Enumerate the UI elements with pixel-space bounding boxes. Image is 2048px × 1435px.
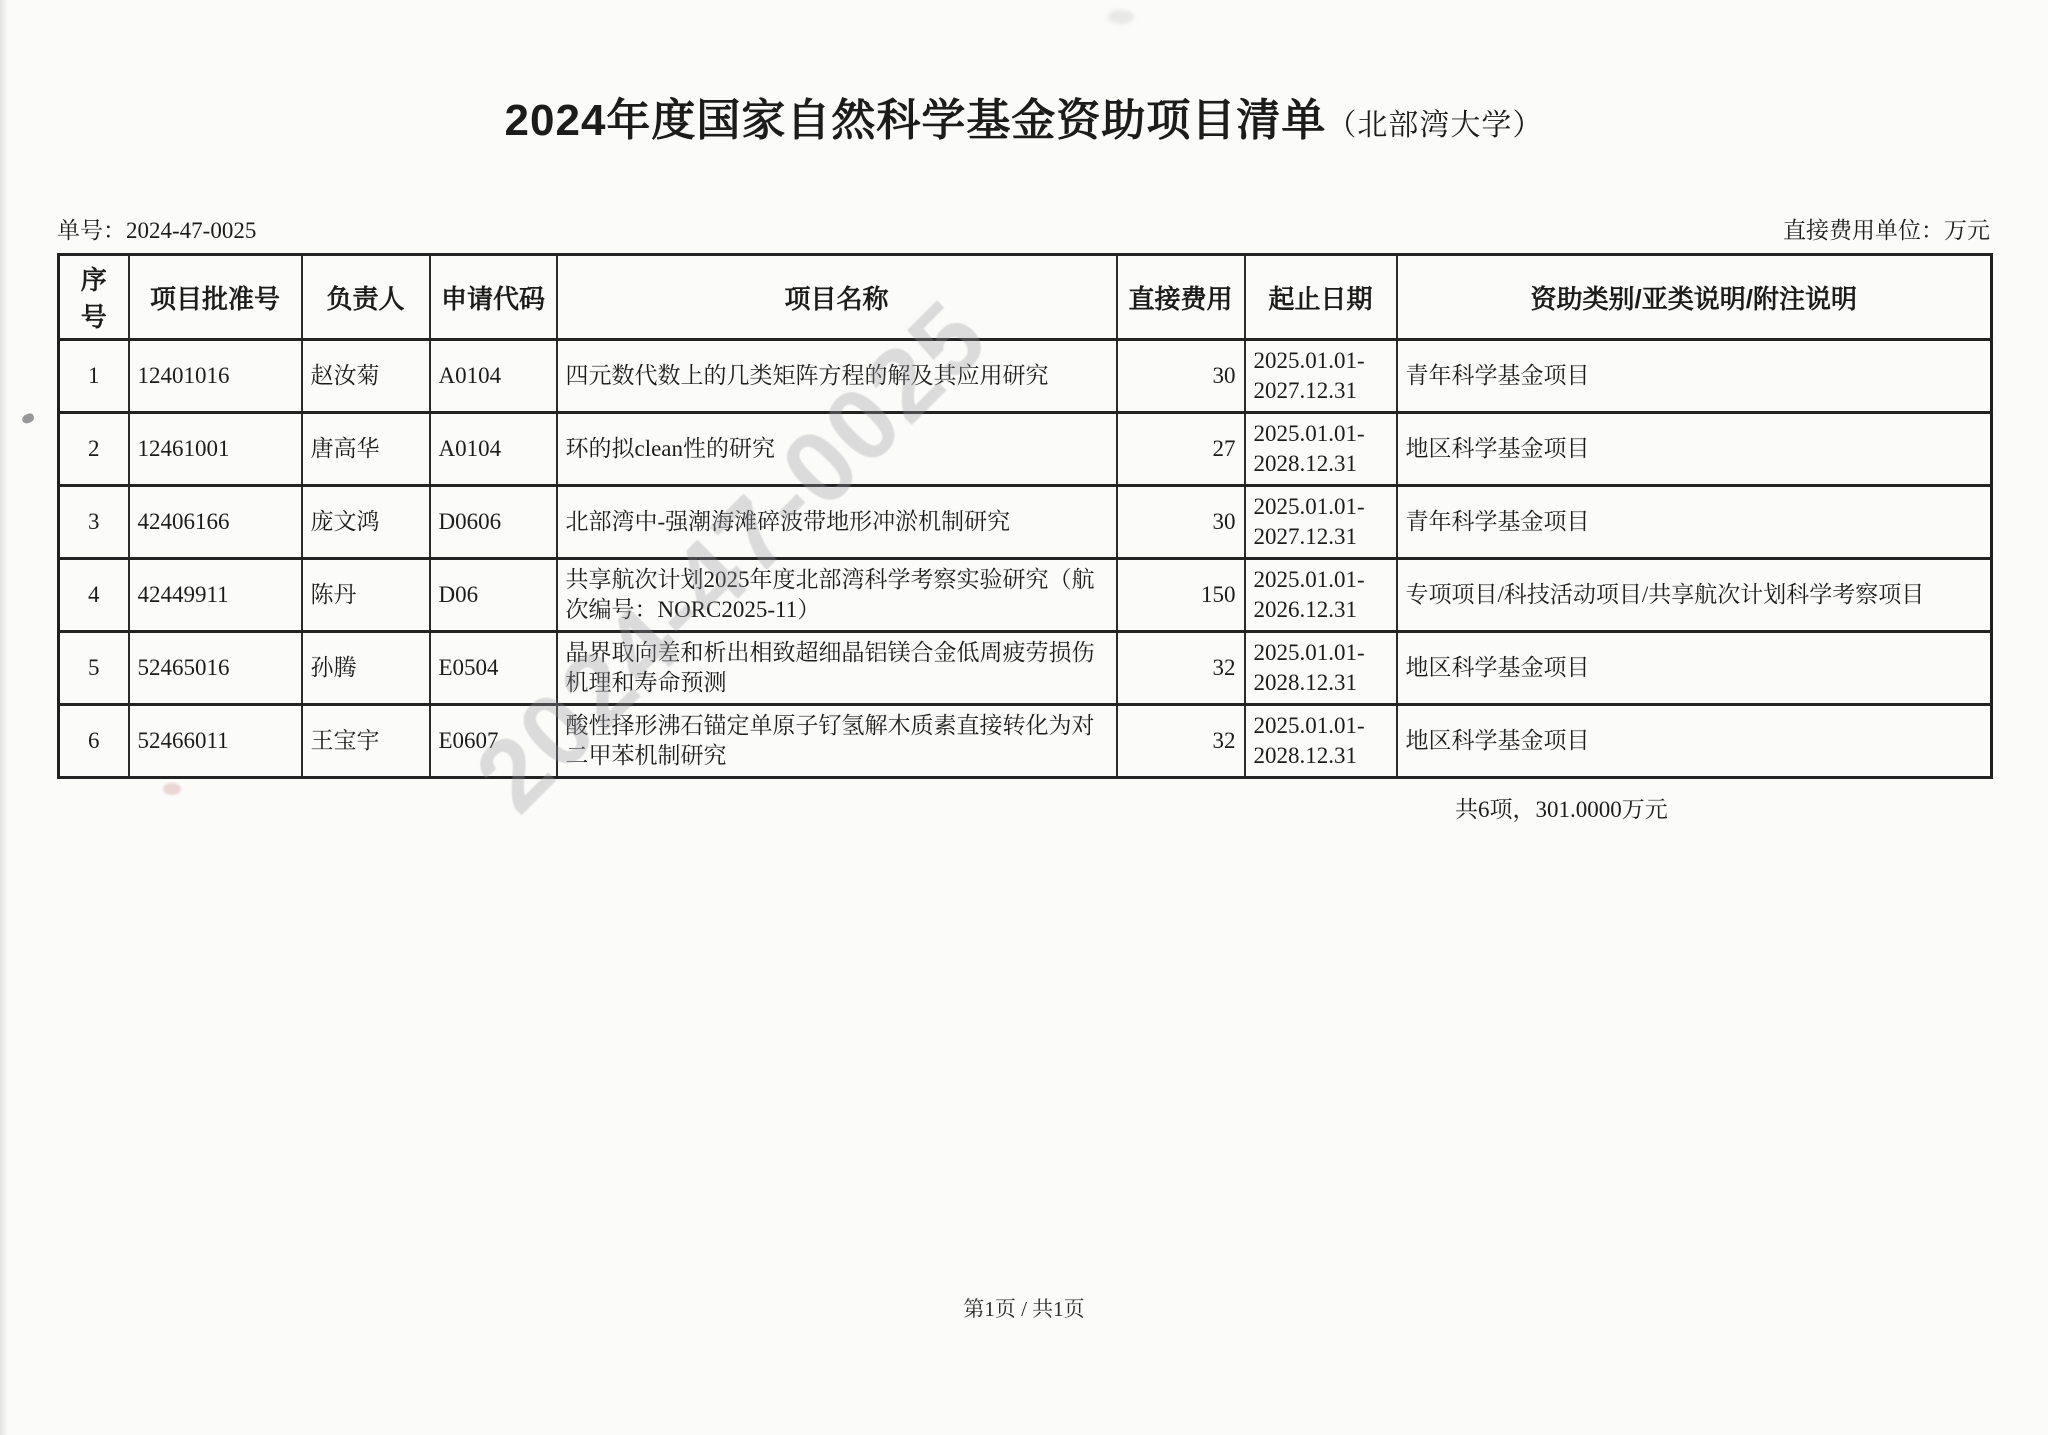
cell-category: 地区科学基金项目 <box>1397 632 1992 705</box>
page-title-suffix: （北部湾大学） <box>1326 109 1543 142</box>
cell-index: 6 <box>59 705 129 778</box>
cell-direct-fee: 32 <box>1117 632 1245 705</box>
projects-table: 序号 项目批准号 负责人 申请代码 项目名称 直接费用 起止日期 资助类别/亚类… <box>57 253 1993 779</box>
table-header-row: 序号 项目批准号 负责人 申请代码 项目名称 直接费用 起止日期 资助类别/亚类… <box>59 255 1992 340</box>
cell-project-name: 酸性择形沸石锚定单原子钌氢解木质素直接转化为对二甲苯机制研究 <box>557 705 1117 778</box>
column-header-date-range: 起止日期 <box>1245 255 1397 340</box>
column-header-app-code: 申请代码 <box>430 255 557 340</box>
column-header-project-name: 项目名称 <box>557 255 1117 340</box>
cell-project-name: 共享航次计划2025年度北部湾科学考察实验研究（航次编号：NORC2025-11… <box>557 559 1117 632</box>
cell-approval-no: 12401016 <box>129 340 302 413</box>
table-row: 3 42406166 庞文鸿 D0606 北部湾中-强潮海滩碎波带地形冲淤机制研… <box>59 486 1992 559</box>
table-row: 6 52466011 王宝宇 E0607 酸性择形沸石锚定单原子钌氢解木质素直接… <box>59 705 1992 778</box>
cell-project-name: 四元数代数上的几类矩阵方程的解及其应用研究 <box>557 340 1117 413</box>
page-title: 2024年度国家自然科学基金资助项目清单（北部湾大学） <box>0 0 2048 148</box>
cell-index: 3 <box>59 486 129 559</box>
column-header-approval-no: 项目批准号 <box>129 255 302 340</box>
scan-edge-shade <box>0 0 8 1435</box>
cell-project-name: 环的拟clean性的研究 <box>557 413 1117 486</box>
cell-leader: 赵汝菊 <box>302 340 430 413</box>
meta-row: 单号：2024-47-0025 直接费用单位：万元 <box>57 212 1990 245</box>
cell-approval-no: 12461001 <box>129 413 302 486</box>
total-summary: 共6项，301.0000万元 <box>1455 791 2048 824</box>
column-header-category: 资助类别/亚类说明/附注说明 <box>1397 255 1992 340</box>
page-number: 第1页 / 共1页 <box>0 1293 2048 1323</box>
cell-category: 专项项目/科技活动项目/共享航次计划科学考察项目 <box>1397 559 1992 632</box>
cell-app-code: A0104 <box>430 413 557 486</box>
doc-number: 单号：2024-47-0025 <box>57 212 256 245</box>
cell-category: 青年科学基金项目 <box>1397 340 1992 413</box>
cell-date-range: 2025.01.01- 2028.12.31 <box>1245 413 1397 486</box>
cell-date-range: 2025.01.01- 2027.12.31 <box>1245 486 1397 559</box>
cell-date-range: 2025.01.01- 2028.12.31 <box>1245 632 1397 705</box>
table-row: 2 12461001 唐高华 A0104 环的拟clean性的研究 27 202… <box>59 413 1992 486</box>
cell-index: 5 <box>59 632 129 705</box>
cell-date-range: 2025.01.01- 2026.12.31 <box>1245 559 1397 632</box>
cell-app-code: D0606 <box>430 486 557 559</box>
cell-approval-no: 52466011 <box>129 705 302 778</box>
column-header-index: 序号 <box>59 255 129 340</box>
cell-direct-fee: 30 <box>1117 486 1245 559</box>
table-row: 4 42449911 陈丹 D06 共享航次计划2025年度北部湾科学考察实验研… <box>59 559 1992 632</box>
table-row: 5 52465016 孙腾 E0504 晶界取向差和析出相致超细晶铝镁合金低周疲… <box>59 632 1992 705</box>
cell-direct-fee: 30 <box>1117 340 1245 413</box>
cell-app-code: E0504 <box>430 632 557 705</box>
cell-direct-fee: 27 <box>1117 413 1245 486</box>
cell-direct-fee: 150 <box>1117 559 1245 632</box>
cell-leader: 孙腾 <box>302 632 430 705</box>
cell-direct-fee: 32 <box>1117 705 1245 778</box>
cell-app-code: E0607 <box>430 705 557 778</box>
cell-index: 1 <box>59 340 129 413</box>
scan-speck <box>21 412 35 425</box>
cell-leader: 王宝宇 <box>302 705 430 778</box>
cell-date-range: 2025.01.01- 2027.12.31 <box>1245 340 1397 413</box>
cell-approval-no: 42449911 <box>129 559 302 632</box>
cell-index: 2 <box>59 413 129 486</box>
cell-index: 4 <box>59 559 129 632</box>
column-header-direct-fee: 直接费用 <box>1117 255 1245 340</box>
cell-category: 青年科学基金项目 <box>1397 486 1992 559</box>
cell-leader: 庞文鸿 <box>302 486 430 559</box>
cell-leader: 唐高华 <box>302 413 430 486</box>
cell-project-name: 北部湾中-强潮海滩碎波带地形冲淤机制研究 <box>557 486 1117 559</box>
cell-leader: 陈丹 <box>302 559 430 632</box>
fee-unit-note: 直接费用单位：万元 <box>1783 212 1990 245</box>
scan-smudge <box>163 783 181 795</box>
cell-approval-no: 52465016 <box>129 632 302 705</box>
cell-app-code: D06 <box>430 559 557 632</box>
cell-project-name: 晶界取向差和析出相致超细晶铝镁合金低周疲劳损伤机理和寿命预测 <box>557 632 1117 705</box>
cell-category: 地区科学基金项目 <box>1397 413 1992 486</box>
cell-date-range: 2025.01.01- 2028.12.31 <box>1245 705 1397 778</box>
scanned-document-page: 2024-47-0025 2024年度国家自然科学基金资助项目清单（北部湾大学）… <box>0 0 2048 1435</box>
cell-app-code: A0104 <box>430 340 557 413</box>
cell-approval-no: 42406166 <box>129 486 302 559</box>
column-header-leader: 负责人 <box>302 255 430 340</box>
page-title-main: 2024年度国家自然科学基金资助项目清单 <box>505 96 1327 145</box>
table-row: 1 12401016 赵汝菊 A0104 四元数代数上的几类矩阵方程的解及其应用… <box>59 340 1992 413</box>
cell-category: 地区科学基金项目 <box>1397 705 1992 778</box>
